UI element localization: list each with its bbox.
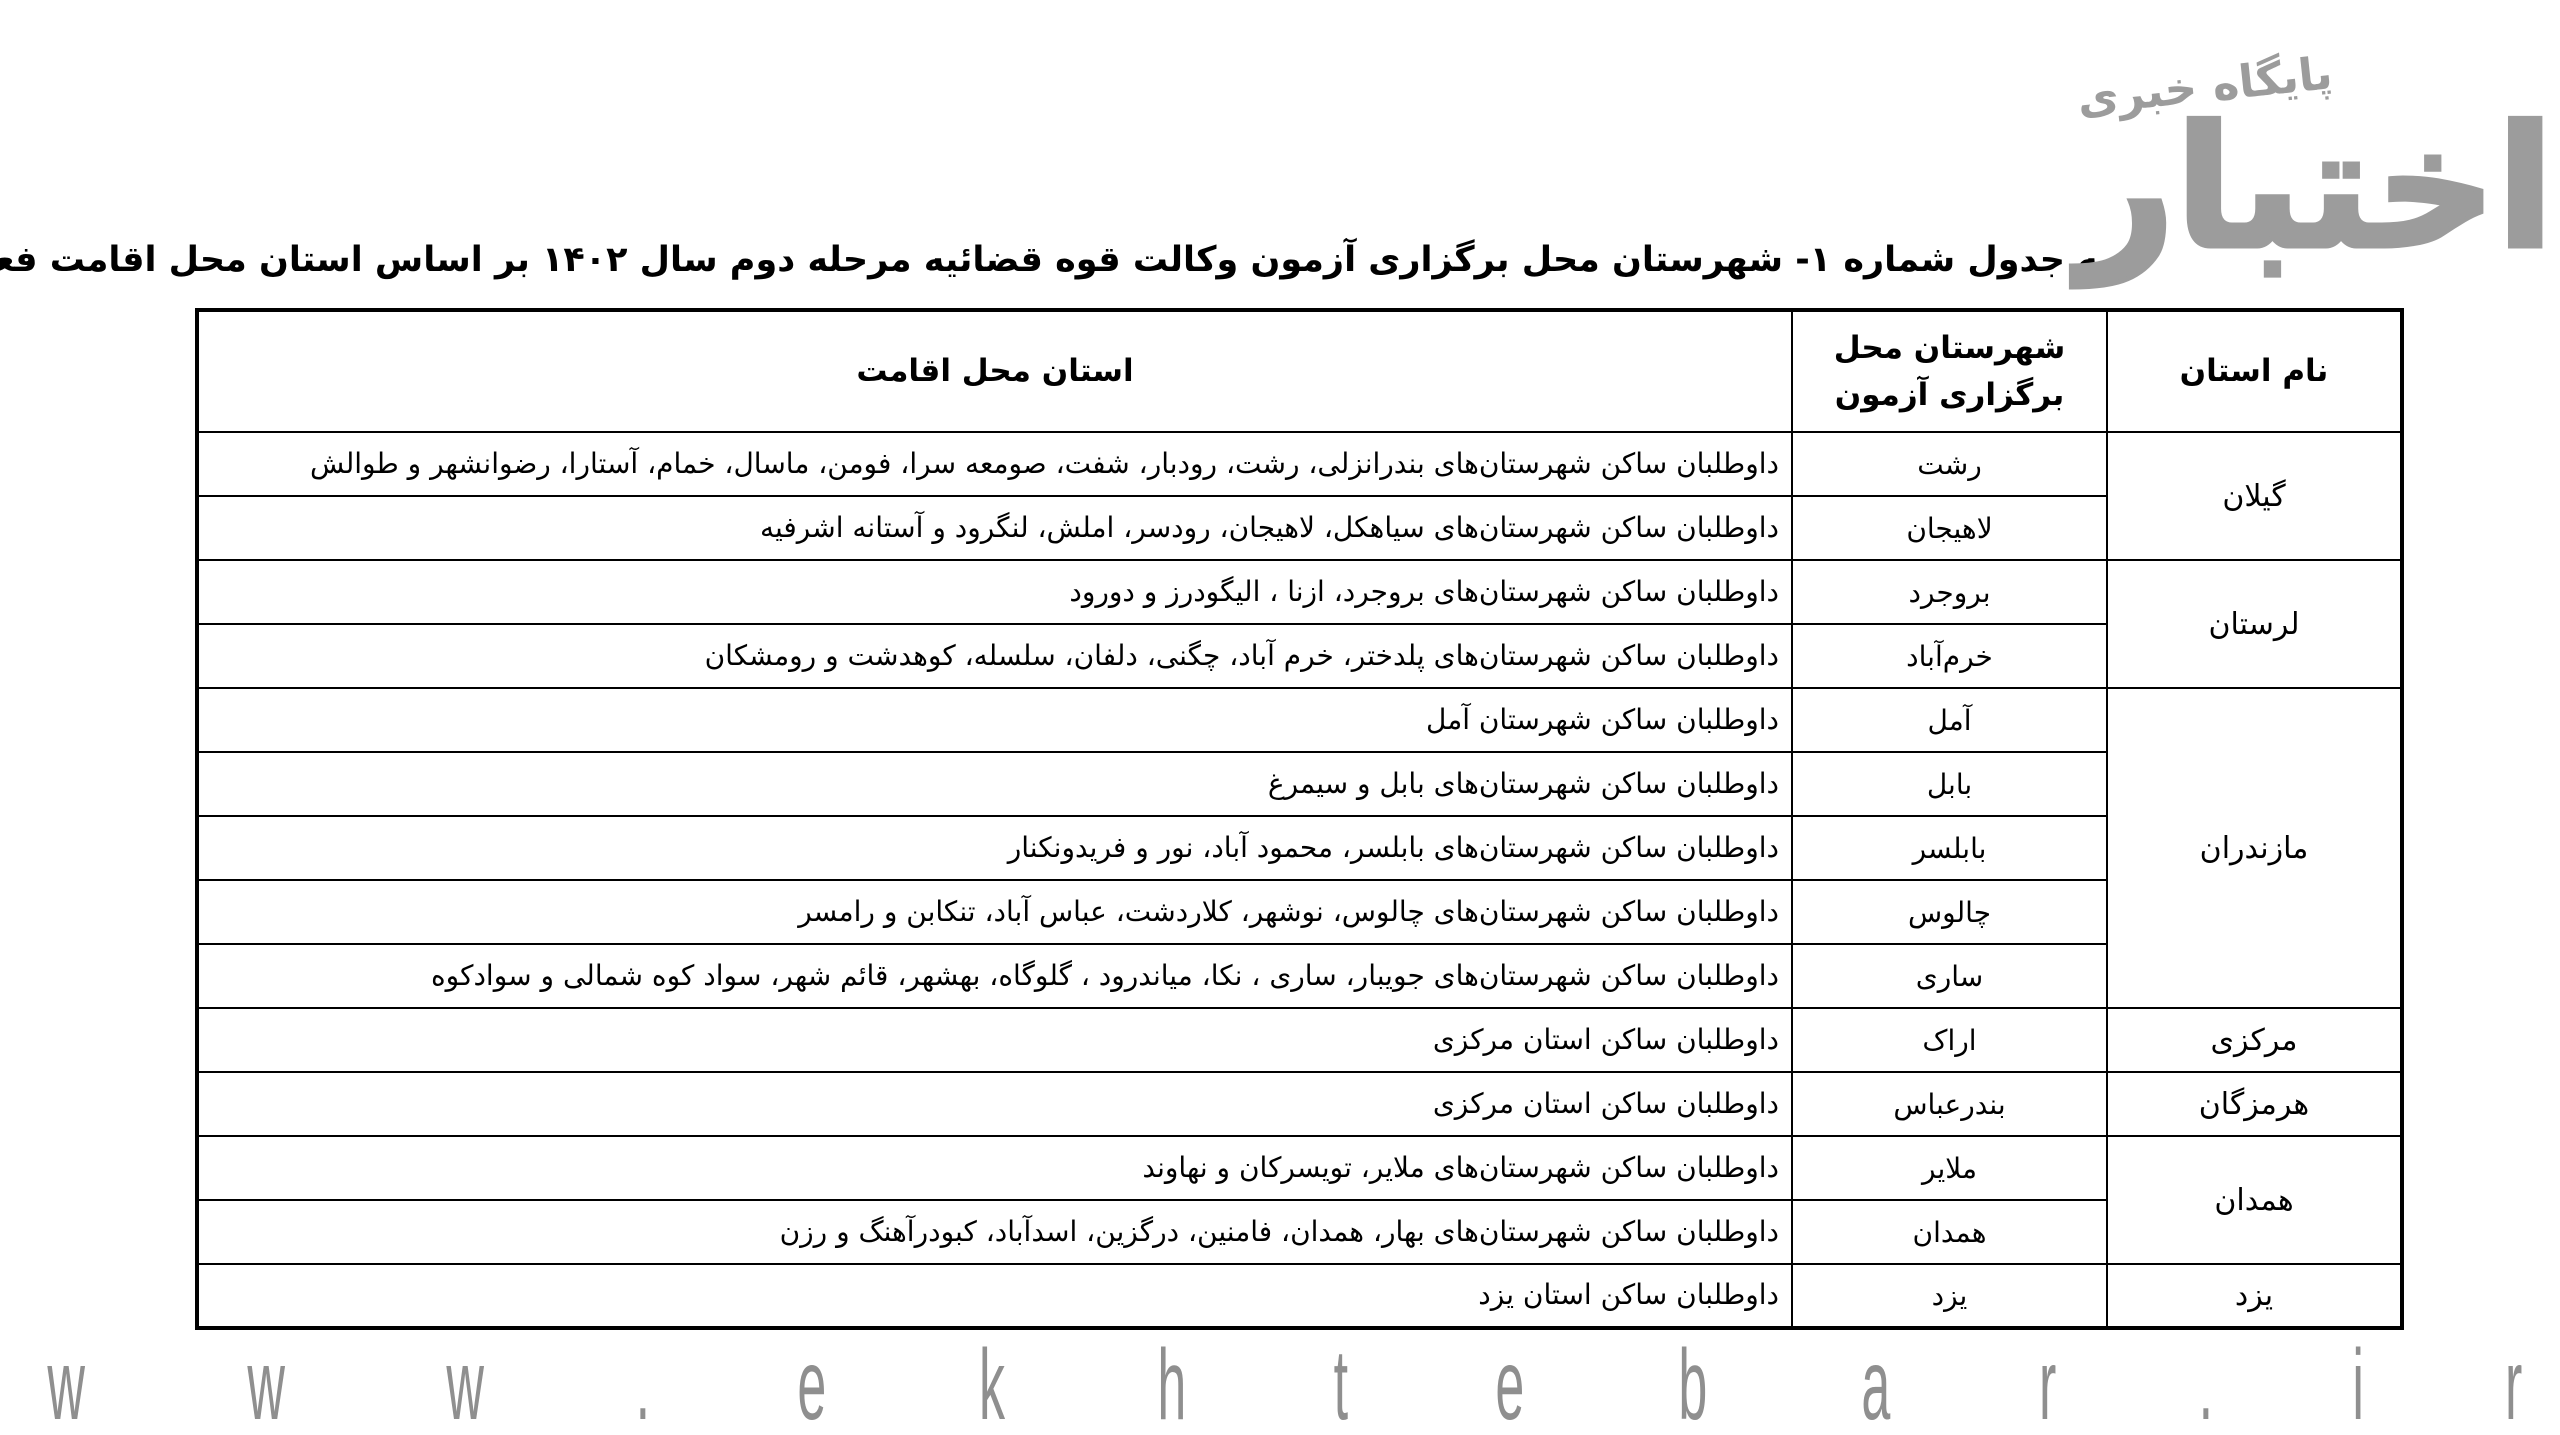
residence-description-cell: داوطلبان ساکن شهرستان‌های سیاهکل، لاهیجا… [197, 496, 1792, 560]
exam-city-cell: اراک [1792, 1008, 2107, 1072]
province-name-cell: همدان [2107, 1136, 2402, 1264]
residence-description-cell: داوطلبان ساکن شهرستان‌های بندرانزلی، رشت… [197, 432, 1792, 496]
table-header-row: نام استان شهرستان محل برگزاری آزمون استا… [197, 310, 2402, 432]
residence-description-cell: داوطلبان ساکن شهرستان‌های بابل و سیمرغ [197, 752, 1792, 816]
watermark-letter: h [1157, 1338, 1186, 1433]
table-row: لاهیجانداوطلبان ساکن شهرستان‌های سیاهکل،… [197, 496, 2402, 560]
logo-wordmark: اختبار [2078, 88, 2554, 290]
table-row: ساریداوطلبان ساکن شهرستان‌های جویبار، سا… [197, 944, 2402, 1008]
watermark-letter: e [797, 1338, 826, 1433]
province-name-cell: هرمزگان [2107, 1072, 2402, 1136]
table-row: مازندرانآملداوطلبان ساکن شهرستان آمل [197, 688, 2402, 752]
table-row: گیلانرشتداوطلبان ساکن شهرستان‌های بندران… [197, 432, 2402, 496]
watermark-letter: w [47, 1338, 85, 1433]
watermark-letter: w [247, 1338, 285, 1433]
watermark-letter: . [2198, 1338, 2212, 1433]
exam-table-body: گیلانرشتداوطلبان ساکن شهرستان‌های بندران… [197, 432, 2402, 1328]
exam-city-cell: خرم‌آباد [1792, 624, 2107, 688]
exam-city-cell: چالوس [1792, 880, 2107, 944]
watermark-letter: k [979, 1338, 1005, 1433]
residence-description-cell: داوطلبان ساکن شهرستان‌های ملایر، تویسرکا… [197, 1136, 1792, 1200]
residence-description-cell: داوطلبان ساکن شهرستان‌های چالوس، نوشهر، … [197, 880, 1792, 944]
ekhtebar-logo: پایگاه خبری اختبار [2115, 0, 2560, 296]
residence-description-cell: داوطلبان ساکن استان مرکزی [197, 1008, 1792, 1072]
residence-description-cell: داوطلبان ساکن استان یزد [197, 1264, 1792, 1328]
watermark-letter: a [1862, 1338, 1891, 1433]
watermark-url: www.ekhtebar.ir [30, 1333, 2530, 1433]
exam-city-cell: بابلسر [1792, 816, 2107, 880]
table-row: لرستانبروجردداوطلبان ساکن شهرستان‌های بر… [197, 560, 2402, 624]
watermark-letter: b [1679, 1338, 1708, 1433]
page-title: امه جدول شماره ۱- شهرستان محل برگزاری آز… [0, 240, 2132, 280]
column-header-residence-province: استان محل اقامت [197, 310, 1792, 432]
watermark-letter: e [1496, 1338, 1525, 1433]
residence-description-cell: داوطلبان ساکن شهرستان‌های بروجرد، ازنا ،… [197, 560, 1792, 624]
residence-description-cell: داوطلبان ساکن استان مرکزی [197, 1072, 1792, 1136]
watermark-letter: r [2505, 1338, 2522, 1433]
exam-city-cell: ملایر [1792, 1136, 2107, 1200]
exam-city-cell: بروجرد [1792, 560, 2107, 624]
table-row: چالوسداوطلبان ساکن شهرستان‌های چالوس، نو… [197, 880, 2402, 944]
exam-location-table-wrap: نام استان شهرستان محل برگزاری آزمون استا… [195, 308, 2404, 1330]
watermark-letter: . [635, 1338, 649, 1433]
province-name-cell: لرستان [2107, 560, 2402, 688]
watermark-letter: w [446, 1338, 484, 1433]
province-name-cell: گیلان [2107, 432, 2402, 560]
province-name-cell: مرکزی [2107, 1008, 2402, 1072]
province-name-cell: یزد [2107, 1264, 2402, 1328]
table-row: هرمزگانبندرعباسداوطلبان ساکن استان مرکزی [197, 1072, 2402, 1136]
table-row: همدانملایرداوطلبان ساکن شهرستان‌های ملای… [197, 1136, 2402, 1200]
residence-description-cell: داوطلبان ساکن شهرستان‌های بهار، همدان، ف… [197, 1200, 1792, 1264]
exam-city-cell: ساری [1792, 944, 2107, 1008]
table-row: یزدیزدداوطلبان ساکن استان یزد [197, 1264, 2402, 1328]
residence-description-cell: داوطلبان ساکن شهرستان آمل [197, 688, 1792, 752]
residence-description-cell: داوطلبان ساکن شهرستان‌های بابلسر، محمود … [197, 816, 1792, 880]
exam-city-cell: لاهیجان [1792, 496, 2107, 560]
watermark-letter: i [2352, 1338, 2364, 1433]
watermark-letter: t [1334, 1338, 1348, 1433]
table-row: بابلداوطلبان ساکن شهرستان‌های بابل و سیم… [197, 752, 2402, 816]
table-row: مرکزیاراکداوطلبان ساکن استان مرکزی [197, 1008, 2402, 1072]
exam-city-cell: یزد [1792, 1264, 2107, 1328]
table-row: همدانداوطلبان ساکن شهرستان‌های بهار، همد… [197, 1200, 2402, 1264]
exam-location-table: نام استان شهرستان محل برگزاری آزمون استا… [195, 308, 2404, 1330]
exam-city-cell: آمل [1792, 688, 2107, 752]
column-header-province-name: نام استان [2107, 310, 2402, 432]
exam-city-cell: همدان [1792, 1200, 2107, 1264]
table-row: خرم‌آبادداوطلبان ساکن شهرستان‌های پلدختر… [197, 624, 2402, 688]
residence-description-cell: داوطلبان ساکن شهرستان‌های جویبار، ساری ،… [197, 944, 1792, 1008]
exam-city-cell: بندرعباس [1792, 1072, 2107, 1136]
watermark-letter: r [2039, 1338, 2056, 1433]
exam-city-cell: رشت [1792, 432, 2107, 496]
province-name-cell: مازندران [2107, 688, 2402, 1008]
table-row: بابلسرداوطلبان ساکن شهرستان‌های بابلسر، … [197, 816, 2402, 880]
residence-description-cell: داوطلبان ساکن شهرستان‌های پلدختر، خرم آب… [197, 624, 1792, 688]
column-header-exam-city: شهرستان محل برگزاری آزمون [1792, 310, 2107, 432]
exam-city-cell: بابل [1792, 752, 2107, 816]
